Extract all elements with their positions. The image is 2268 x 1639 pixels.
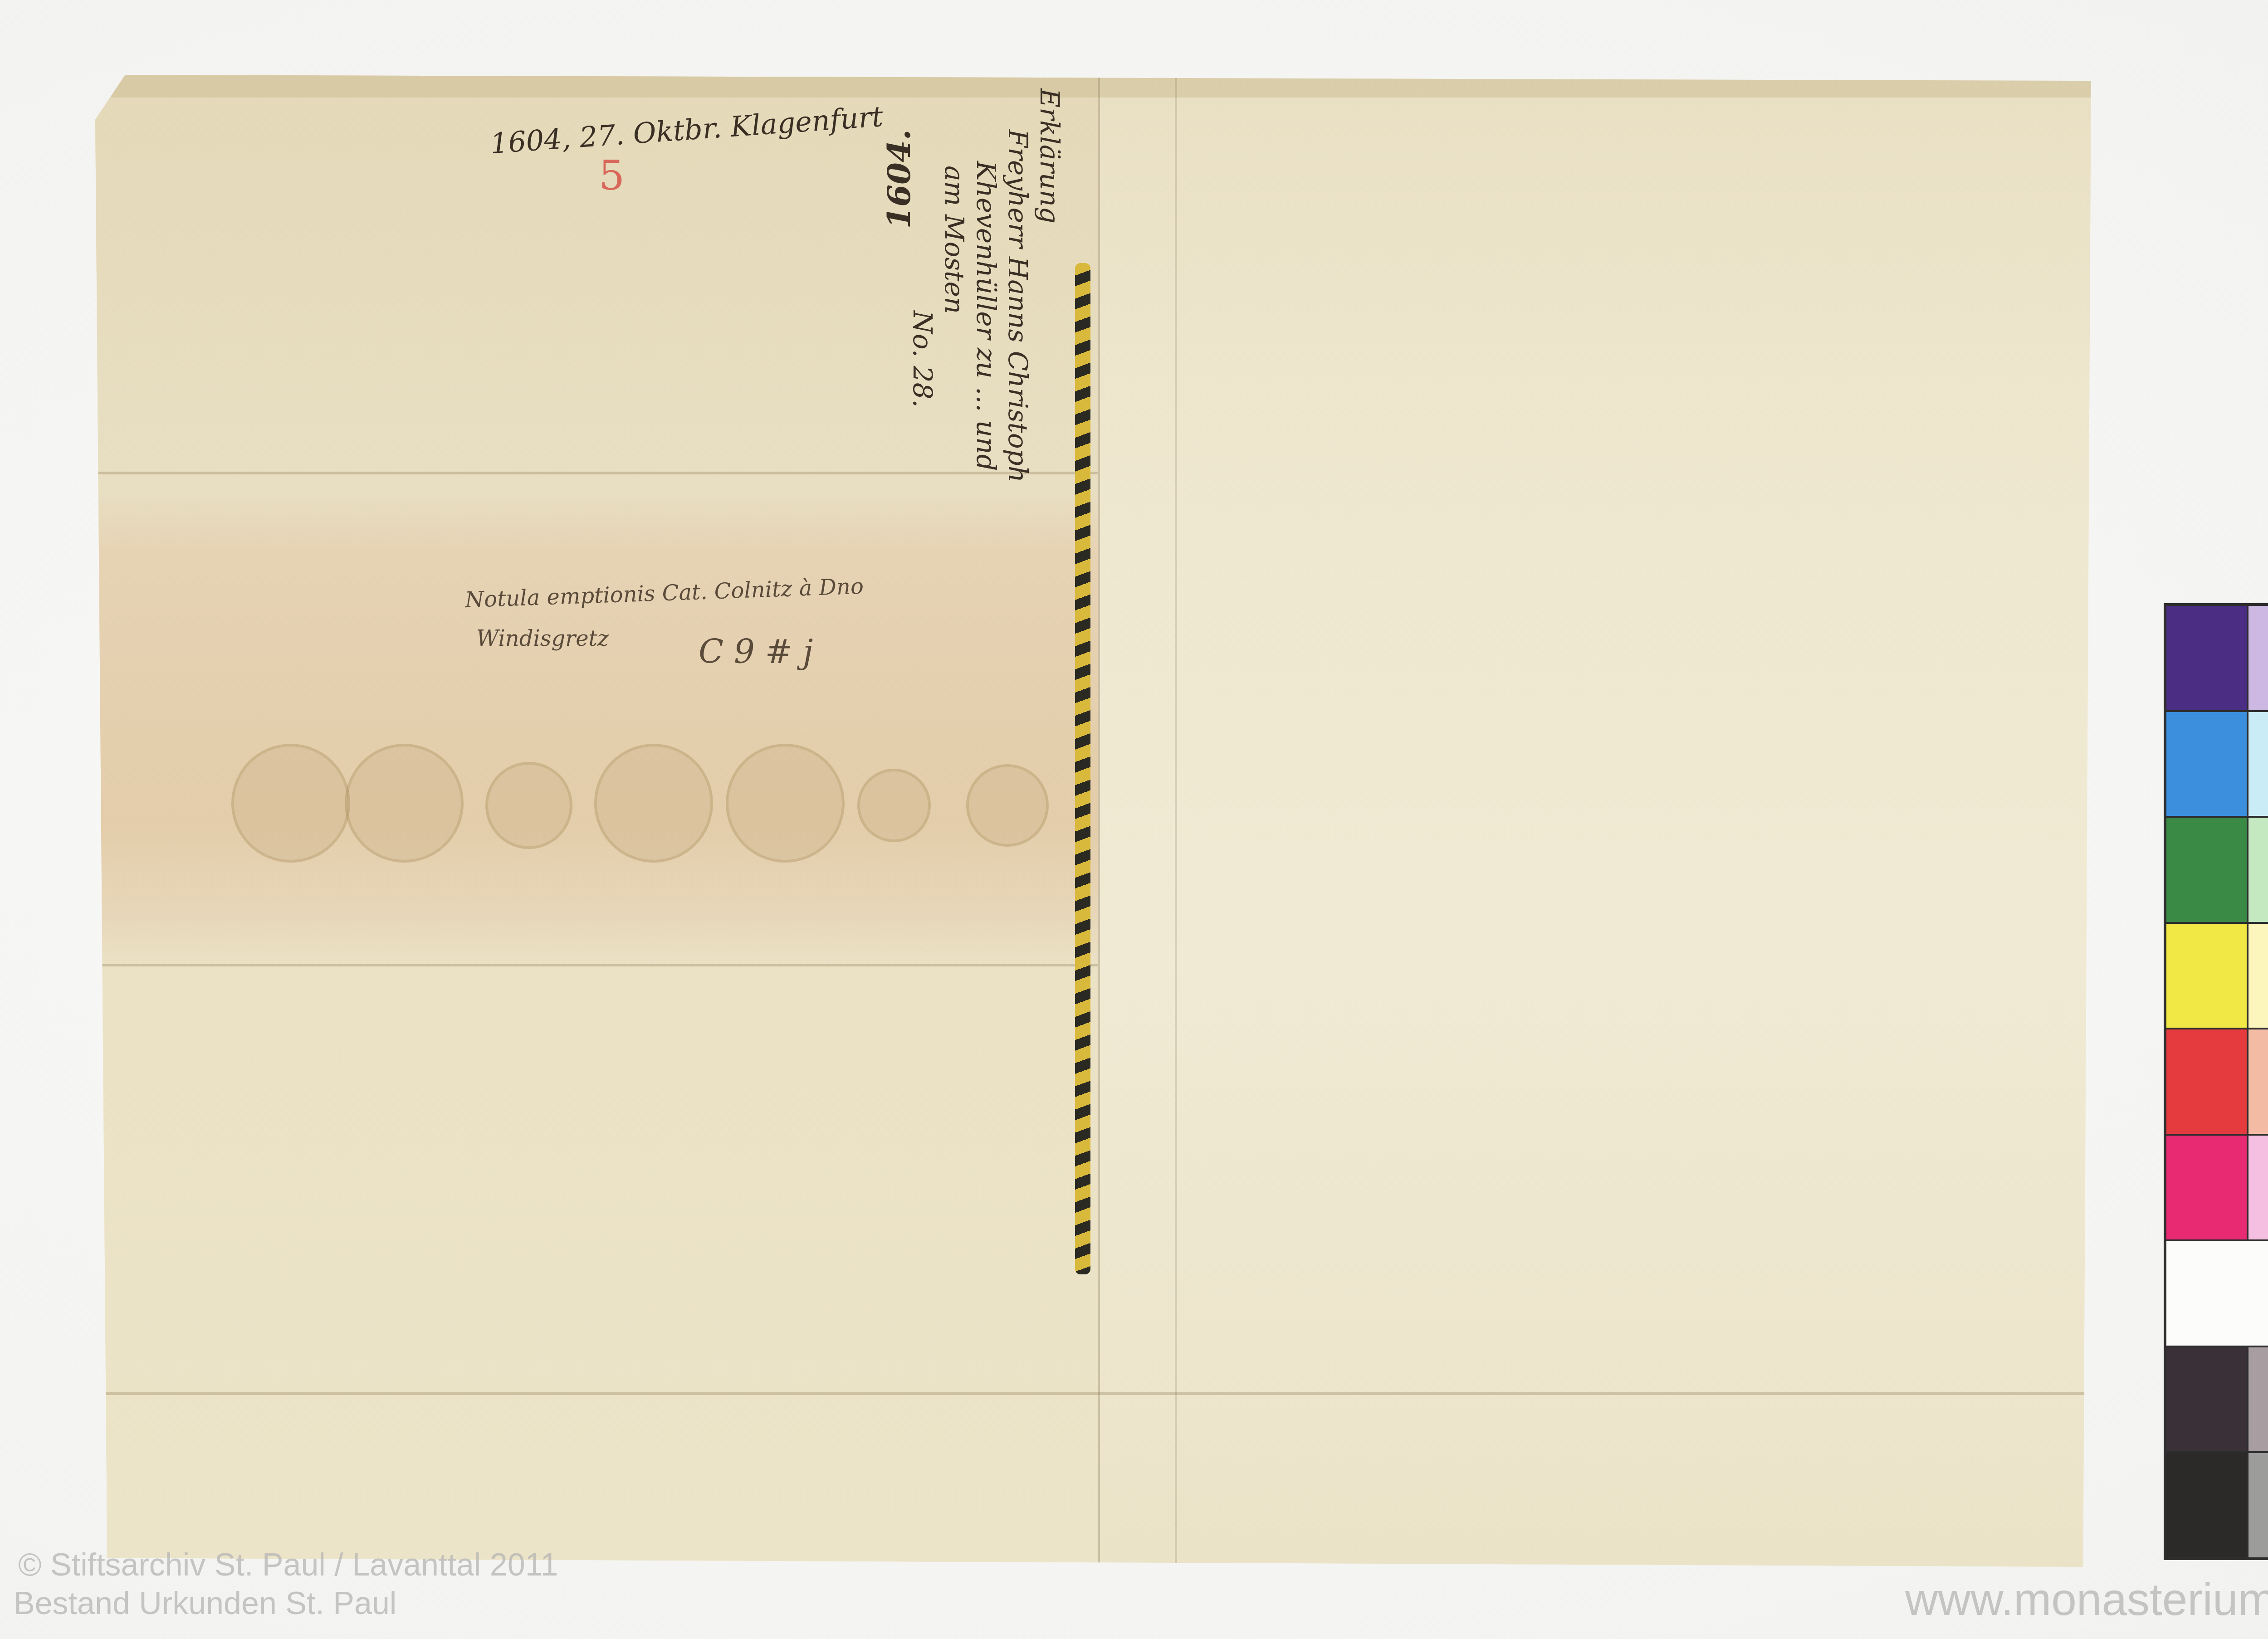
watermark-collection: Bestand Urkunden St. Paul bbox=[14, 1585, 396, 1621]
fold-line-vertical-center bbox=[1098, 75, 1100, 1567]
patch-yellow-light bbox=[2248, 923, 2268, 1029]
seal-stain-7 bbox=[966, 764, 1049, 847]
patch-black-light bbox=[2248, 1452, 2268, 1558]
red-number-mark: 5 bbox=[599, 152, 625, 200]
watermark-site: www.monasterium.net bbox=[1905, 1574, 2268, 1626]
seal-stain-2 bbox=[345, 744, 464, 863]
patch-magenta-dark bbox=[2165, 1135, 2248, 1241]
color-patches bbox=[2164, 603, 2268, 1560]
watermark-copyright: © Stiftsarchiv St. Paul / Lavanttal 2011 bbox=[18, 1546, 558, 1583]
patch-cyan-dark bbox=[2165, 711, 2248, 817]
dorsal-note-line-2: Freyherr Hanns Christoph bbox=[1002, 129, 1033, 483]
latin-note-line-2: Windisgretz bbox=[476, 626, 609, 651]
patch-black-dark bbox=[2165, 1452, 2248, 1558]
fold-line-horizontal-2 bbox=[95, 964, 1098, 966]
patch-white bbox=[2165, 1240, 2268, 1346]
braided-cord bbox=[1075, 263, 1090, 1274]
fold-line-vertical-2 bbox=[1175, 75, 1177, 1567]
seal-stain-4 bbox=[594, 744, 713, 863]
dorsal-note-line-4: am Mosten bbox=[939, 166, 970, 314]
patch-green-dark bbox=[2165, 817, 2248, 923]
dorsal-note-line-5: No. 28. bbox=[907, 311, 938, 408]
kodak-color-chart: Blue Cyan Green Yellow Red Magenta White… bbox=[2164, 603, 2268, 1560]
patch-magenta-light bbox=[2248, 1135, 2268, 1241]
patch-3color-light bbox=[2248, 1346, 2268, 1453]
seal-stain-1 bbox=[231, 744, 350, 863]
fold-line-horizontal-1 bbox=[95, 472, 1098, 474]
patch-cyan-light bbox=[2248, 711, 2268, 817]
dorsal-note-line-1: Erklärung bbox=[1034, 88, 1065, 224]
shelf-mark: C 9 # j bbox=[699, 633, 813, 671]
seal-stain-3 bbox=[485, 762, 572, 849]
seal-stain-5 bbox=[726, 744, 845, 863]
patch-red-light bbox=[2248, 1029, 2268, 1135]
fold-line-horizontal-3 bbox=[95, 1392, 2091, 1395]
patch-blue-dark bbox=[2165, 605, 2248, 711]
year-annotation: 1604. bbox=[880, 129, 918, 229]
dorsal-note-line-3: Khevenhüller zu ... und bbox=[971, 161, 1002, 471]
patch-3color-dark bbox=[2165, 1346, 2248, 1453]
patch-blue-light bbox=[2248, 605, 2268, 711]
parchment-document: 1604, 27. Oktbr. Klagenfurt 5 1604. Erkl… bbox=[95, 75, 2091, 1567]
seal-stain-6 bbox=[857, 769, 931, 842]
patch-red-dark bbox=[2165, 1029, 2248, 1135]
patch-yellow-dark bbox=[2165, 923, 2248, 1029]
patch-green-light bbox=[2248, 817, 2268, 923]
